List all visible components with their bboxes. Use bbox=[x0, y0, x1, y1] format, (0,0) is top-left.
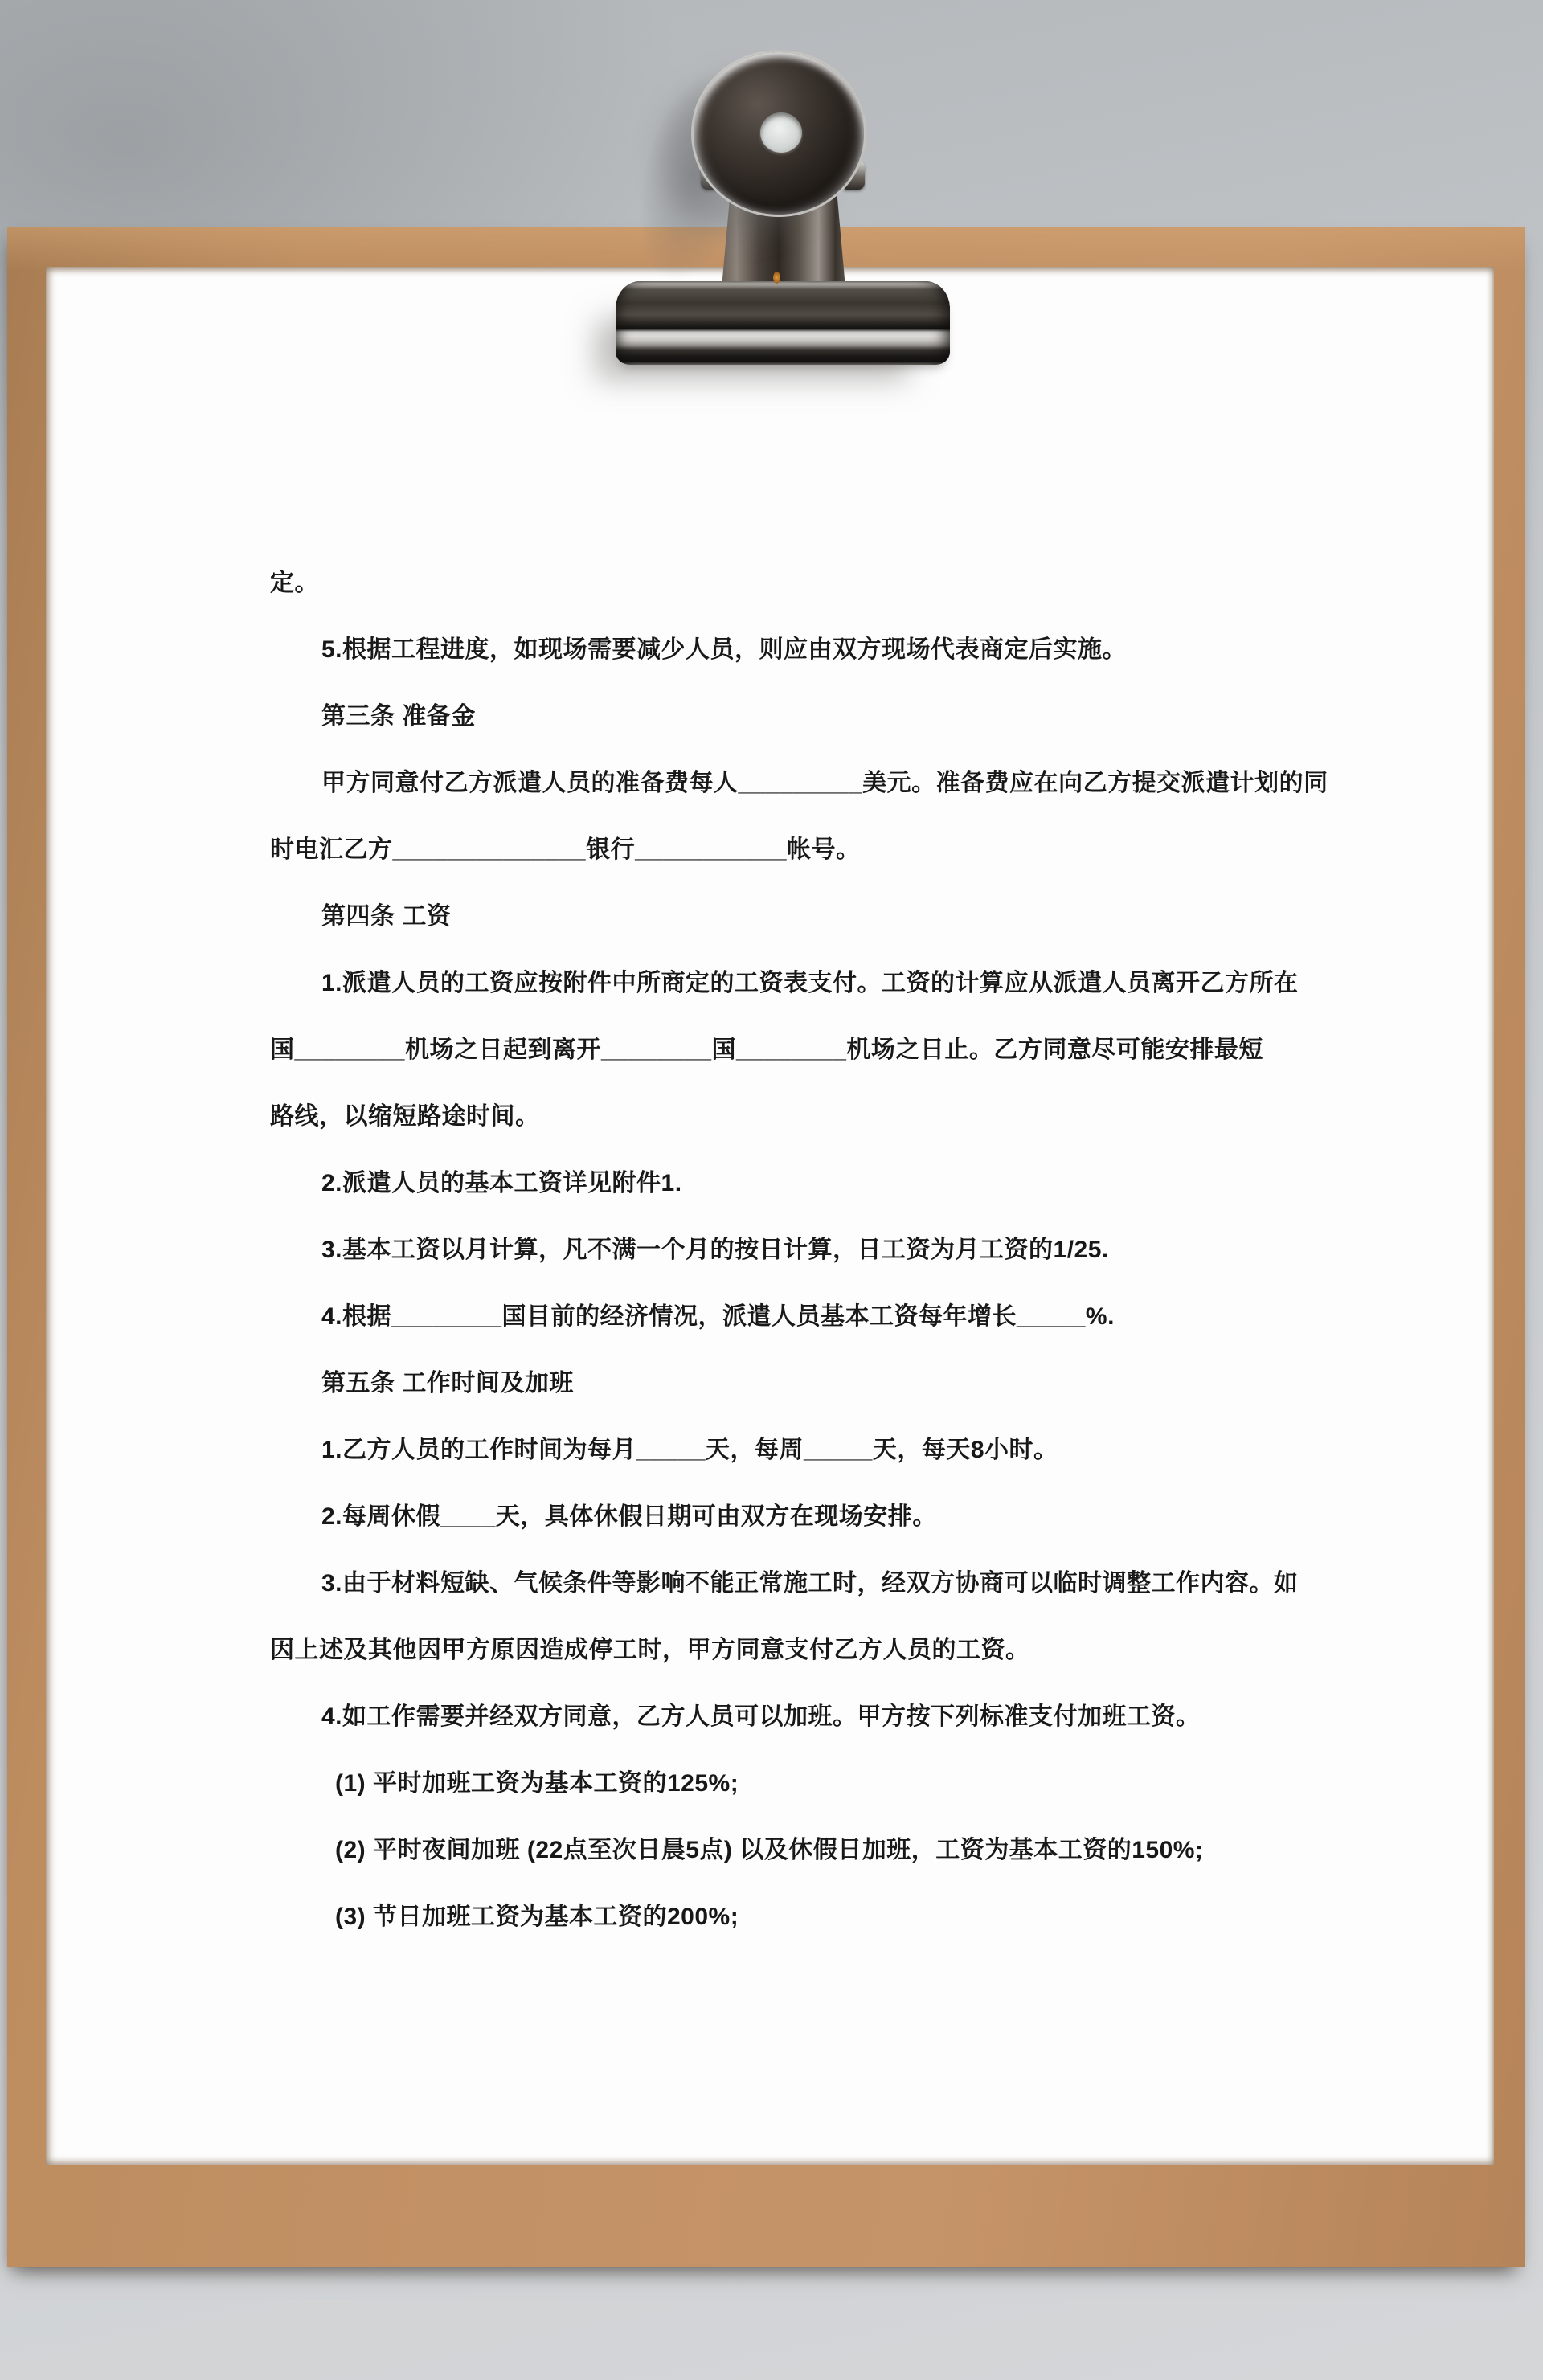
document-line: 第三条 准备金 bbox=[270, 683, 1315, 750]
document-line: 2.每周休假____天，具体休假日期可由双方在现场安排。 bbox=[270, 1483, 1315, 1550]
document-line: 4.如工作需要并经双方同意，乙方人员可以加班。甲方按下列标准支付加班工资。 bbox=[270, 1683, 1315, 1750]
document-line: 1.派遣人员的工资应按附件中所商定的工资表支付。工资的计算应从派遣人员离开乙方所… bbox=[270, 950, 1315, 1016]
document-line: 国________机场之日起到离开________国________机场之日止。… bbox=[270, 1016, 1315, 1083]
document-line: 2.派遣人员的基本工资详见附件1. bbox=[270, 1150, 1315, 1217]
document-line: 5.根据工程进度，如现场需要减少人员，则应由双方现场代表商定后实施。 bbox=[270, 616, 1315, 683]
document-line: (1) 平时加班工资为基本工资的125%; bbox=[270, 1750, 1315, 1817]
document-line: 1.乙方人员的工作时间为每月_____天，每周_____天，每天8小时。 bbox=[270, 1417, 1315, 1483]
document-line: 时电汇乙方______________银行___________帐号。 bbox=[270, 816, 1315, 883]
document-line: (2) 平时夜间加班 (22点至次日晨5点) 以及休假日加班，工资为基本工资的1… bbox=[270, 1817, 1315, 1883]
clip-hole bbox=[760, 112, 802, 153]
document-line: (3) 节日加班工资为基本工资的200%; bbox=[270, 1883, 1315, 1950]
document-line: 甲方同意付乙方派遣人员的准备费每人_________美元。准备费应在向乙方提交派… bbox=[270, 750, 1315, 816]
clip-glint bbox=[773, 272, 780, 284]
clip-bar bbox=[616, 281, 950, 365]
document-line: 路线，以缩短路途时间。 bbox=[270, 1083, 1315, 1150]
document-line: 定。 bbox=[270, 550, 1315, 616]
document-text: 定。 5.根据工程进度，如现场需要减少人员，则应由双方现场代表商定后实施。 第三… bbox=[270, 550, 1315, 1950]
document-line: 4.根据________国目前的经济情况，派遣人员基本工资每年增长_____%. bbox=[270, 1283, 1315, 1350]
document-line: 因上述及其他因甲方原因造成停工时，甲方同意支付乙方人员的工资。 bbox=[270, 1617, 1315, 1683]
document-line: 3.基本工资以月计算，凡不满一个月的按日计算，日工资为月工资的1/25. bbox=[270, 1217, 1315, 1283]
document-line: 3.由于材料短缺、气候条件等影响不能正常施工时，经双方协商可以临时调整工作内容。… bbox=[270, 1550, 1315, 1617]
document-line: 第五条 工作时间及加班 bbox=[270, 1350, 1315, 1417]
document-line: 第四条 工资 bbox=[270, 883, 1315, 950]
